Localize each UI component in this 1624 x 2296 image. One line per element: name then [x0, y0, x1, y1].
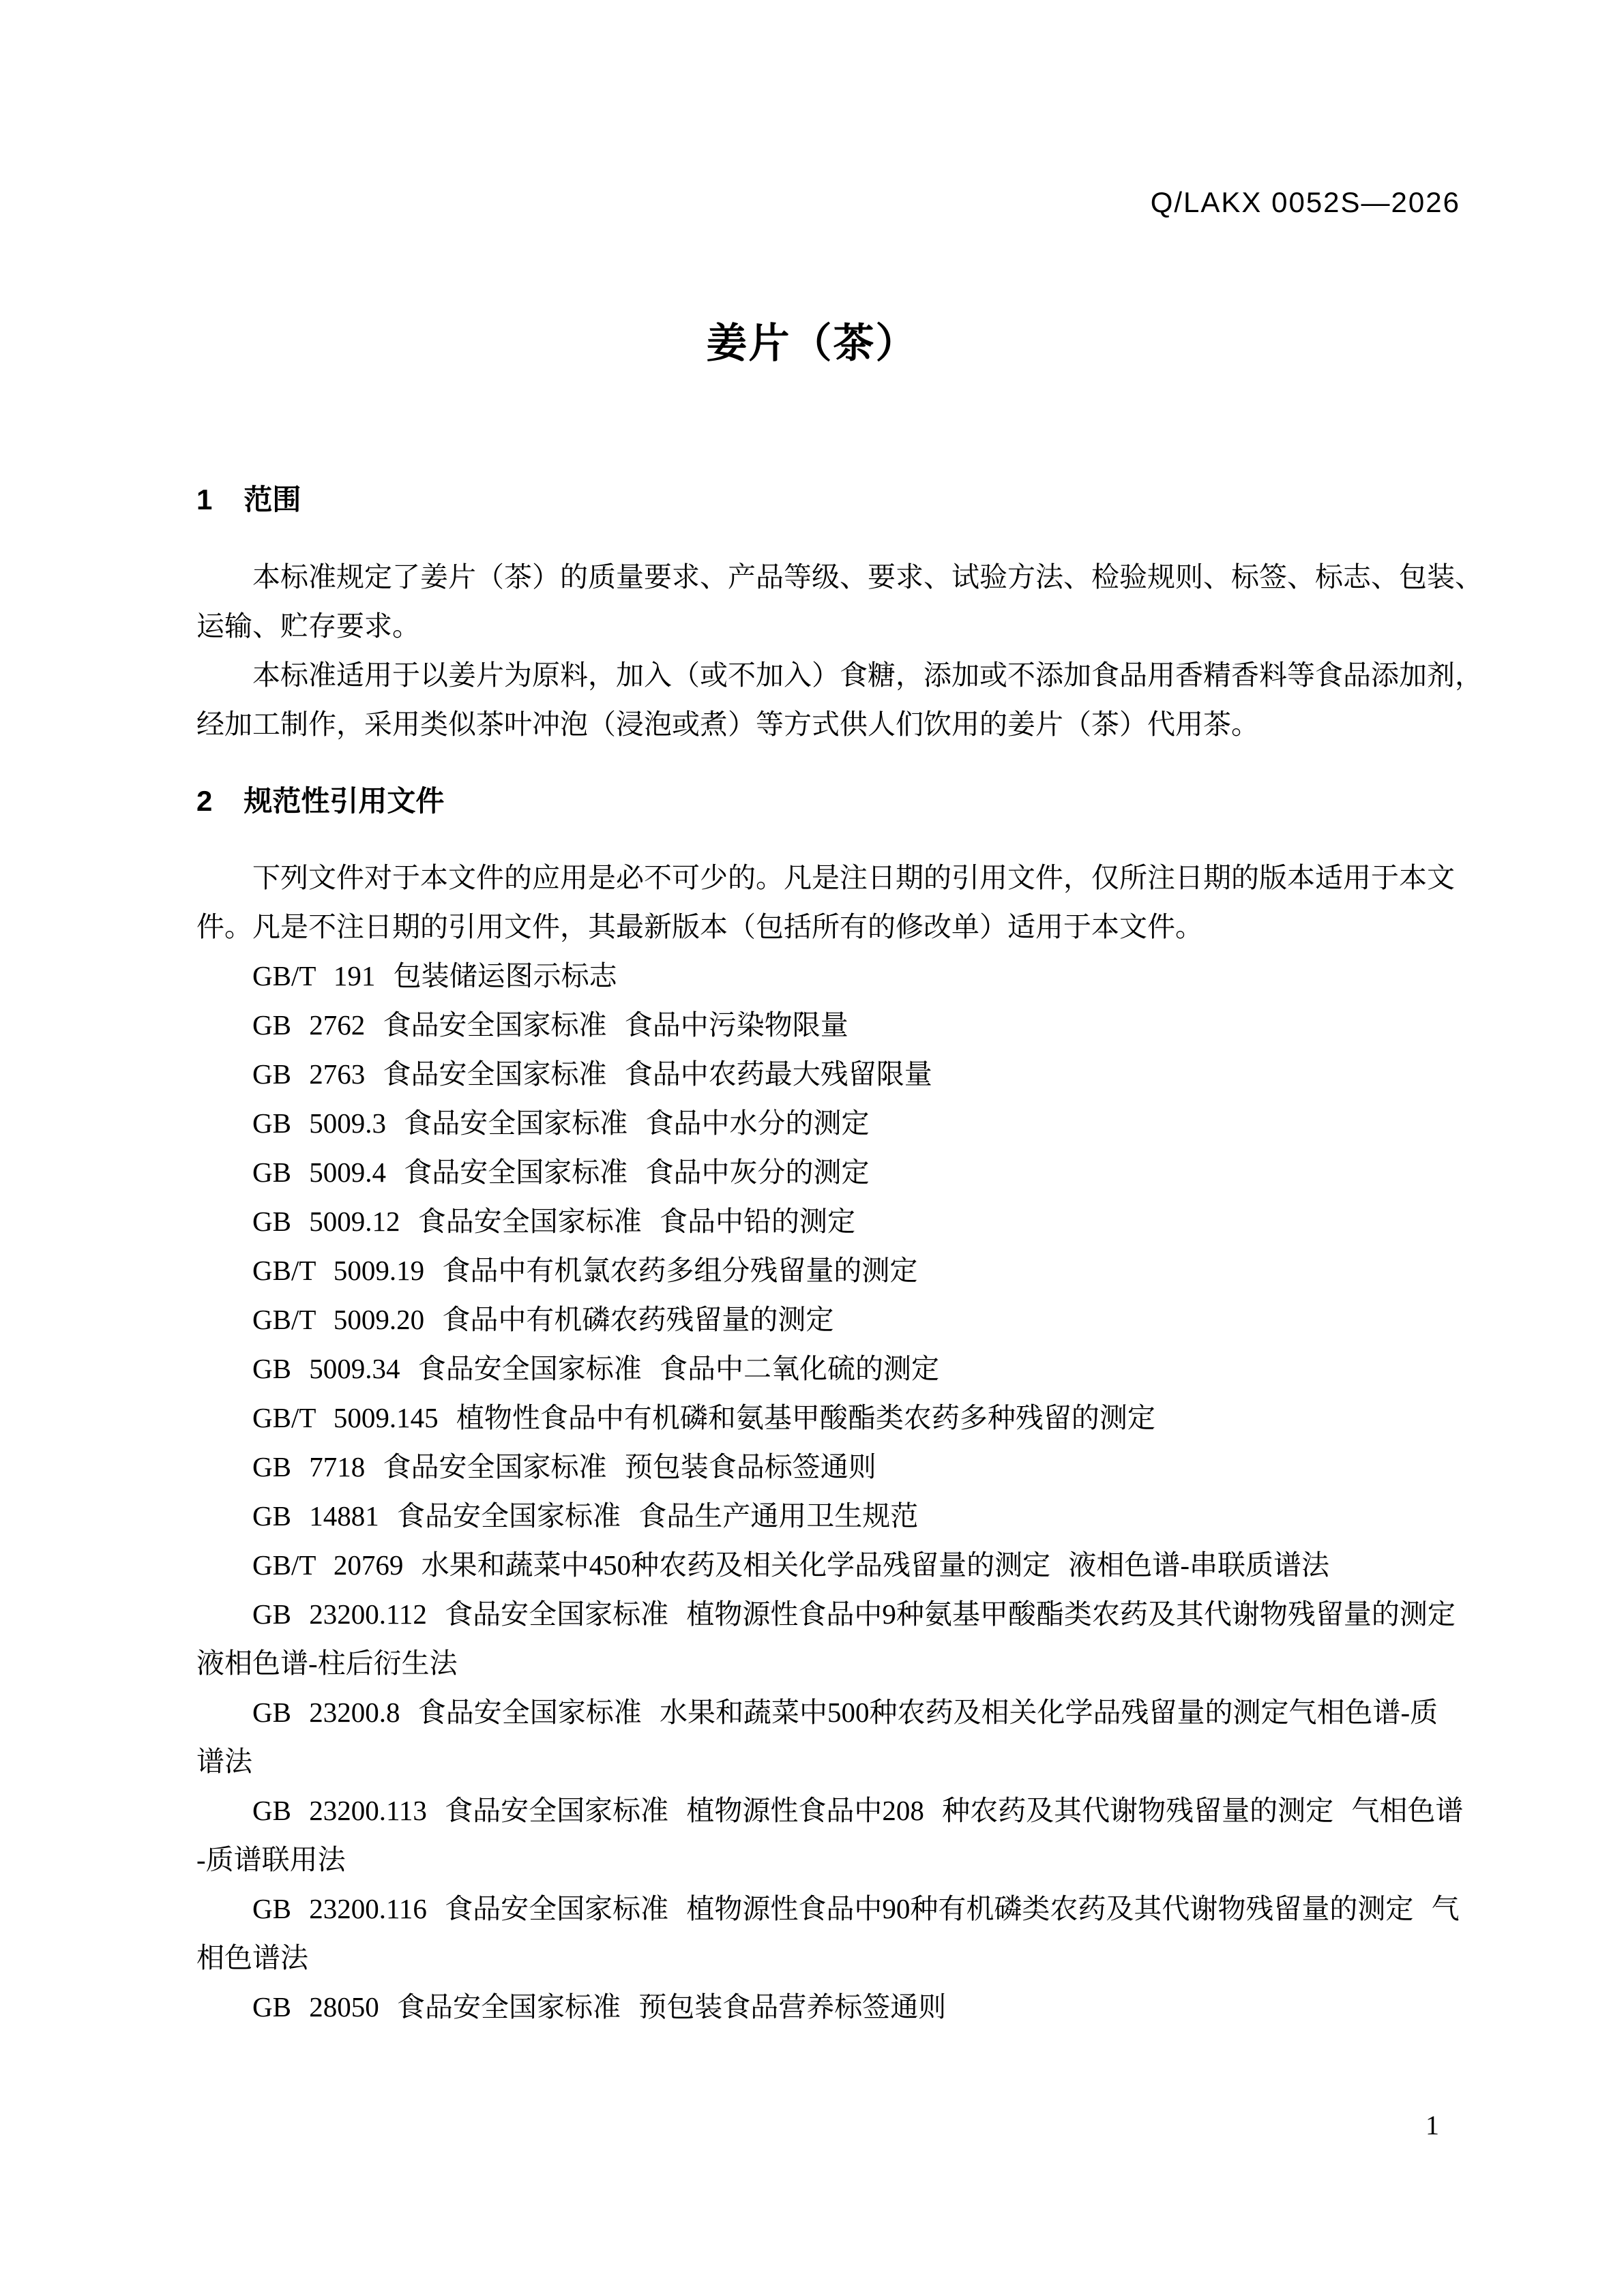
reference-line: GB 23200.116 食品安全国家标准 植物源性食品中90种有机磷类农药及其… [196, 1884, 1466, 1933]
section-number: 1 [196, 475, 212, 524]
paragraph-line: 本标准适用于以姜片为原料，加入（或不加入）食糖，添加或不添加食品用香精香料等食品… [196, 651, 1466, 700]
reference-line: GB/T 5009.19 食品中有机氯农药多组分残留量的测定 [196, 1246, 1466, 1295]
reference-line: GB/T 5009.20 食品中有机磷农药残留量的测定 [196, 1295, 1466, 1344]
section-heading-references: 2规范性引用文件 [196, 777, 1466, 826]
standard-code-header: Q/LAKX 0052S—2026 [1151, 185, 1460, 220]
paragraph-line: 经加工制作，采用类似茶叶冲泡（浸泡或煮）等方式供人们饮用的姜片（茶）代用茶。 [196, 700, 1466, 749]
reference-line: GB 5009.4 食品安全国家标准 食品中灰分的测定 [196, 1148, 1466, 1197]
section-heading-label: 规范性引用文件 [243, 785, 444, 817]
section-heading-scope: 1范围 [196, 475, 1466, 524]
section-number: 2 [196, 777, 212, 826]
paragraph-line: 运输、贮存要求。 [196, 601, 1466, 651]
reference-line: 谱法 [196, 1737, 1466, 1786]
reference-line: GB 7718 食品安全国家标准 预包装食品标签通则 [196, 1442, 1466, 1491]
reference-line: GB 5009.12 食品安全国家标准 食品中铅的测定 [196, 1197, 1466, 1246]
reference-line: GB 2763 食品安全国家标准 食品中农药最大残留限量 [196, 1049, 1466, 1099]
page-title: 姜片（茶） [0, 318, 1624, 370]
reference-line: GB 23200.8 食品安全国家标准 水果和蔬菜中500种农药及相关化学品残留… [196, 1688, 1466, 1737]
paragraph-line: 件。凡是不注日期的引用文件，其最新版本（包括所有的修改单）适用于本文件。 [196, 902, 1466, 951]
paragraph-line: 下列文件对于本文件的应用是必不可少的。凡是注日期的引用文件，仅所注日期的版本适用… [196, 853, 1466, 902]
reference-list: GB/T 191 包装储运图示标志GB 2762 食品安全国家标准 食品中污染物… [196, 951, 1466, 2031]
reference-line: GB/T 191 包装储运图示标志 [196, 951, 1466, 1000]
reference-line: GB 5009.3 食品安全国家标准 食品中水分的测定 [196, 1099, 1466, 1148]
page-number: 1 [1426, 2109, 1439, 2142]
reference-line: GB 5009.34 食品安全国家标准 食品中二氧化硫的测定 [196, 1344, 1466, 1393]
document-page: Q/LAKX 0052S—2026 姜片（茶） 1范围 本标准规定了姜片（茶）的… [0, 0, 1624, 2296]
scope-paragraphs: 本标准规定了姜片（茶）的质量要求、产品等级、要求、试验方法、检验规则、标签、标志… [196, 552, 1466, 749]
document-body: 1范围 本标准规定了姜片（茶）的质量要求、产品等级、要求、试验方法、检验规则、标… [196, 475, 1466, 2031]
section-heading-label: 范围 [243, 483, 301, 516]
references-intro: 下列文件对于本文件的应用是必不可少的。凡是注日期的引用文件，仅所注日期的版本适用… [196, 853, 1466, 951]
reference-line: GB 28050 食品安全国家标准 预包装食品营养标签通则 [196, 1982, 1466, 2031]
reference-line: GB 23200.113 食品安全国家标准 植物源性食品中208 种农药及其代谢… [196, 1786, 1466, 1835]
reference-line: GB/T 5009.145 植物性食品中有机磷和氨基甲酸酯类农药多种残留的测定 [196, 1393, 1466, 1442]
paragraph-line: 本标准规定了姜片（茶）的质量要求、产品等级、要求、试验方法、检验规则、标签、标志… [196, 552, 1466, 601]
reference-line: GB 14881 食品安全国家标准 食品生产通用卫生规范 [196, 1491, 1466, 1540]
reference-line: GB/T 20769 水果和蔬菜中450种农药及相关化学品残留量的测定 液相色谱… [196, 1540, 1466, 1590]
reference-line: GB 23200.112 食品安全国家标准 植物源性食品中9种氨基甲酸酯类农药及… [196, 1590, 1466, 1639]
reference-line: -质谱联用法 [196, 1835, 1466, 1884]
reference-line: GB 2762 食品安全国家标准 食品中污染物限量 [196, 1000, 1466, 1049]
reference-line: 液相色谱-柱后衍生法 [196, 1639, 1466, 1688]
reference-line: 相色谱法 [196, 1933, 1466, 1982]
